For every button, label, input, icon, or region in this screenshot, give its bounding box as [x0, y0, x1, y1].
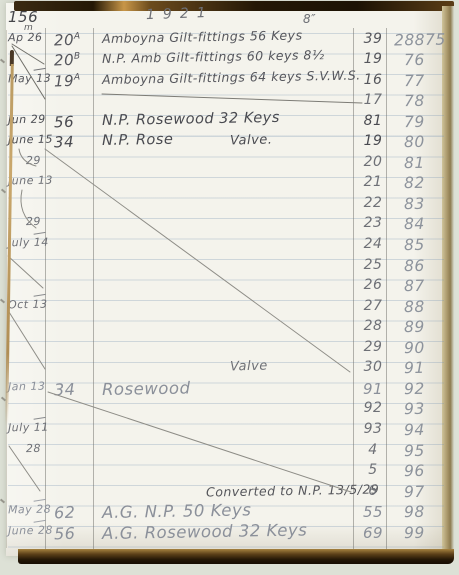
- model-number-cell: 20B: [54, 51, 81, 70]
- ledger-row: May 1319AAmboyna Gilt-fittings 64 keys S…: [6, 72, 454, 93]
- ledger-row: 2889: [6, 318, 454, 339]
- ledger-row: Jan 1334Rosewood9192: [6, 380, 454, 401]
- quantity-cell: 24: [358, 236, 388, 252]
- description-cell: A.G. N.P. 50 Keys: [102, 501, 252, 523]
- date-superscript-mark: [34, 68, 47, 75]
- description-extra-cell: Valve.: [230, 133, 273, 149]
- quantity-cell: 93: [358, 421, 388, 437]
- serial-number-cell: 92: [404, 380, 425, 398]
- ledger-row: 596: [6, 462, 454, 483]
- quantity-cell: 29: [358, 339, 388, 355]
- serial-number-cell: 99: [404, 524, 425, 542]
- date-cell: 29: [26, 154, 41, 167]
- model-number-cell: 34: [54, 133, 75, 152]
- serial-number-cell: 90: [404, 339, 425, 357]
- ledger-row: June 132182: [6, 174, 454, 195]
- serial-number-cell: 81: [404, 154, 425, 172]
- model-number-cell: 56: [54, 112, 75, 131]
- ledger-row: Oct 132788: [6, 298, 454, 319]
- description-cell: Rosewood: [102, 378, 191, 399]
- model-number-cell: 62: [54, 503, 76, 523]
- quantity-cell: 5: [358, 462, 388, 478]
- serial-number-cell: 80: [404, 133, 425, 151]
- quantity-cell: 17: [358, 92, 388, 108]
- description-extra-cell: Valve: [230, 359, 268, 375]
- binding-mark: [0, 299, 5, 304]
- serial-number-cell: 95: [404, 441, 425, 459]
- quantity-cell: 21: [358, 174, 388, 190]
- quantity-cell: 4: [358, 442, 388, 458]
- ledger-row: July 142485: [6, 236, 454, 257]
- quantity-cell: 27: [358, 298, 388, 314]
- date-cell: July 11: [8, 421, 49, 435]
- date-superscript-mark: [34, 499, 47, 506]
- quantity-cell: 6: [358, 483, 388, 499]
- size-note: 8″: [303, 12, 316, 26]
- date-superscript-mark: [34, 417, 47, 424]
- date-superscript-mark: [34, 520, 47, 527]
- model-number-cell: 34: [54, 379, 76, 399]
- serial-number-cell: 94: [404, 421, 425, 439]
- date-cell: June 13: [8, 174, 53, 188]
- ledger-row: 292081: [6, 154, 454, 175]
- model-suffix: A: [74, 31, 81, 41]
- quantity-cell: 28: [358, 318, 388, 334]
- quantity-cell: 55: [358, 503, 388, 521]
- year-header: 1921: [146, 5, 214, 23]
- description-cell: Amboyna Gilt-fittings 56 Keys: [102, 27, 303, 45]
- serial-number-cell: 79: [404, 113, 425, 131]
- quantity-cell: 30: [358, 359, 388, 375]
- serial-number-cell: 76: [404, 51, 425, 69]
- ledger-row: June 1534N.P. RoseValve.1980: [6, 133, 454, 154]
- date-superscript-mark: [34, 232, 47, 239]
- date-cell: Oct 13: [8, 297, 48, 311]
- quantity-cell: 91: [358, 380, 388, 398]
- quantity-cell: 22: [358, 195, 388, 211]
- description-cell: A.G. Rosewood 32 Keys: [102, 520, 308, 543]
- quantity-cell: 19: [358, 133, 388, 149]
- model-number-cell: 19A: [54, 71, 81, 90]
- model-suffix: A: [74, 72, 81, 82]
- date-cell: Ap 26: [8, 30, 43, 44]
- date-cell: June 28: [8, 523, 53, 537]
- date-cell: 29: [26, 215, 41, 228]
- model-suffix: B: [74, 52, 81, 62]
- ledger-row: July 119394: [6, 421, 454, 442]
- description-cell: N.P. Rose: [102, 132, 174, 149]
- date-cell: May 28: [8, 503, 51, 517]
- date-cell: 28: [26, 441, 41, 454]
- quantity-cell: 81: [358, 113, 388, 129]
- serial-number-cell: 93: [404, 400, 425, 418]
- serial-number-cell: 97: [404, 482, 425, 500]
- quantity-cell: 16: [358, 72, 388, 88]
- ledger-row: 9293: [6, 400, 454, 421]
- serial-number-cell: 88: [404, 297, 425, 315]
- serial-number-cell: 83: [404, 195, 425, 213]
- ledger-row: Valve3091: [6, 359, 454, 380]
- conversion-note: Converted to N.P. 13/5/29: [206, 481, 380, 499]
- quantity-cell: 19: [358, 51, 388, 67]
- quantity-cell: 39: [358, 31, 388, 47]
- serial-number-cell: 84: [404, 215, 425, 233]
- serial-number-cell: 91: [404, 359, 425, 377]
- ledger-row: 2283: [6, 195, 454, 216]
- quantity-cell: 92: [358, 400, 388, 416]
- serial-number-cell: 82: [404, 174, 425, 192]
- serial-number-cell: 98: [404, 503, 425, 521]
- quantity-cell: 23: [358, 215, 388, 231]
- ledger-row: 2990: [6, 339, 454, 360]
- description-cell: N.P. Rosewood 32 Keys: [102, 110, 280, 129]
- quantity-cell: 26: [358, 277, 388, 293]
- quantity-cell: 25: [358, 257, 388, 273]
- serial-number-cell: 85: [404, 236, 425, 254]
- date-cell: July 14: [8, 236, 49, 250]
- ledger-row: 2687: [6, 277, 454, 298]
- model-number-cell: 20A: [54, 30, 81, 49]
- date-cell: Jan 13: [8, 380, 46, 394]
- description-cell: N.P. Amb Gilt-fittings 60 keys 8½: [102, 47, 325, 66]
- serial-number-cell: 89: [404, 318, 425, 336]
- ledger-row: 2586: [6, 257, 454, 278]
- serial-number-cell: 28875: [394, 30, 446, 49]
- quantity-cell: 20: [358, 154, 388, 170]
- model-number-cell: 56: [54, 523, 76, 543]
- ledger-row: 28495: [6, 442, 454, 463]
- book-cover-top-edge: [14, 1, 454, 11]
- date-superscript-mark: [34, 294, 47, 301]
- serial-number-cell: 87: [404, 277, 425, 295]
- serial-number-cell: 86: [404, 256, 425, 274]
- ledger-scan: 156 m 1921 8″ Ap 2620AAmboyna Gilt-fitti…: [0, 0, 459, 575]
- serial-number-cell: 77: [404, 71, 425, 89]
- quantity-cell: 69: [358, 524, 388, 542]
- ledger-row: June 2856A.G. Rosewood 32 Keys6999: [6, 524, 454, 545]
- binding-mark: [0, 499, 5, 504]
- binding-mark: [0, 59, 5, 64]
- ledger-row: Jun 2956N.P. Rosewood 32 Keys8179: [6, 113, 454, 134]
- serial-number-cell: 96: [404, 462, 425, 480]
- book-cover-bottom-edge: [18, 549, 454, 564]
- ledger-row: 292384: [6, 215, 454, 236]
- serial-number-cell: 78: [404, 92, 425, 110]
